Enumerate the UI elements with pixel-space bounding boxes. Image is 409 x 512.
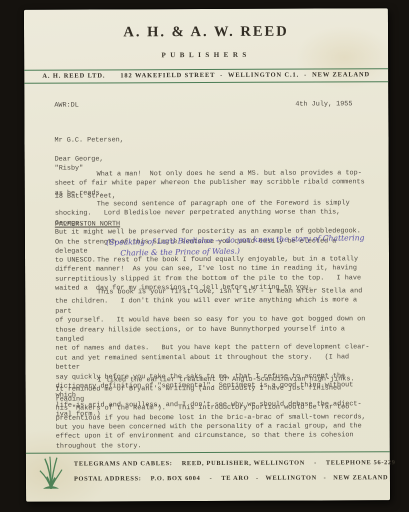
letterhead-rule-bottom xyxy=(24,81,388,84)
letter-paper: A. H. & A. W. REED PUBLISHERS A. H. REED… xyxy=(24,8,390,502)
letterhead-address-line: A. H. REED LTD. 182 WAKEFIELD STREET - W… xyxy=(24,70,388,82)
handwritten-annotation: (Speaking of Lord Bledisloe — do you kno… xyxy=(24,6,388,13)
paragraph-1: What a man! Not only does he send a MS. … xyxy=(55,169,373,199)
recipient-name: Mr G.C. Petersen, xyxy=(54,136,123,146)
flax-plant-icon xyxy=(39,456,63,490)
publisher-name: A. H. & A. W. REED xyxy=(24,23,388,42)
paragraph-5: I liked the earlier treatment of Anglo-S… xyxy=(56,375,374,452)
footer-rule xyxy=(26,451,390,454)
footer-telegrams-line: TELEGRAMS AND CABLES: REED, PUBLISHER, W… xyxy=(74,459,386,467)
reference-date-row: AWR:DL 4th July, 1955 xyxy=(54,100,376,111)
salutation: Dear George, xyxy=(55,155,104,165)
letter-date: 4th July, 1955 xyxy=(295,100,352,110)
footer-postal-line: POSTAL ADDRESS: P.O. BOX 6004 - TE ARO -… xyxy=(74,474,386,482)
reference-code: AWR:DL xyxy=(54,102,79,112)
publisher-subtitle: PUBLISHERS xyxy=(24,50,388,60)
scanned-letter-photo: A. H. & A. W. REED PUBLISHERS A. H. REED… xyxy=(0,0,409,512)
